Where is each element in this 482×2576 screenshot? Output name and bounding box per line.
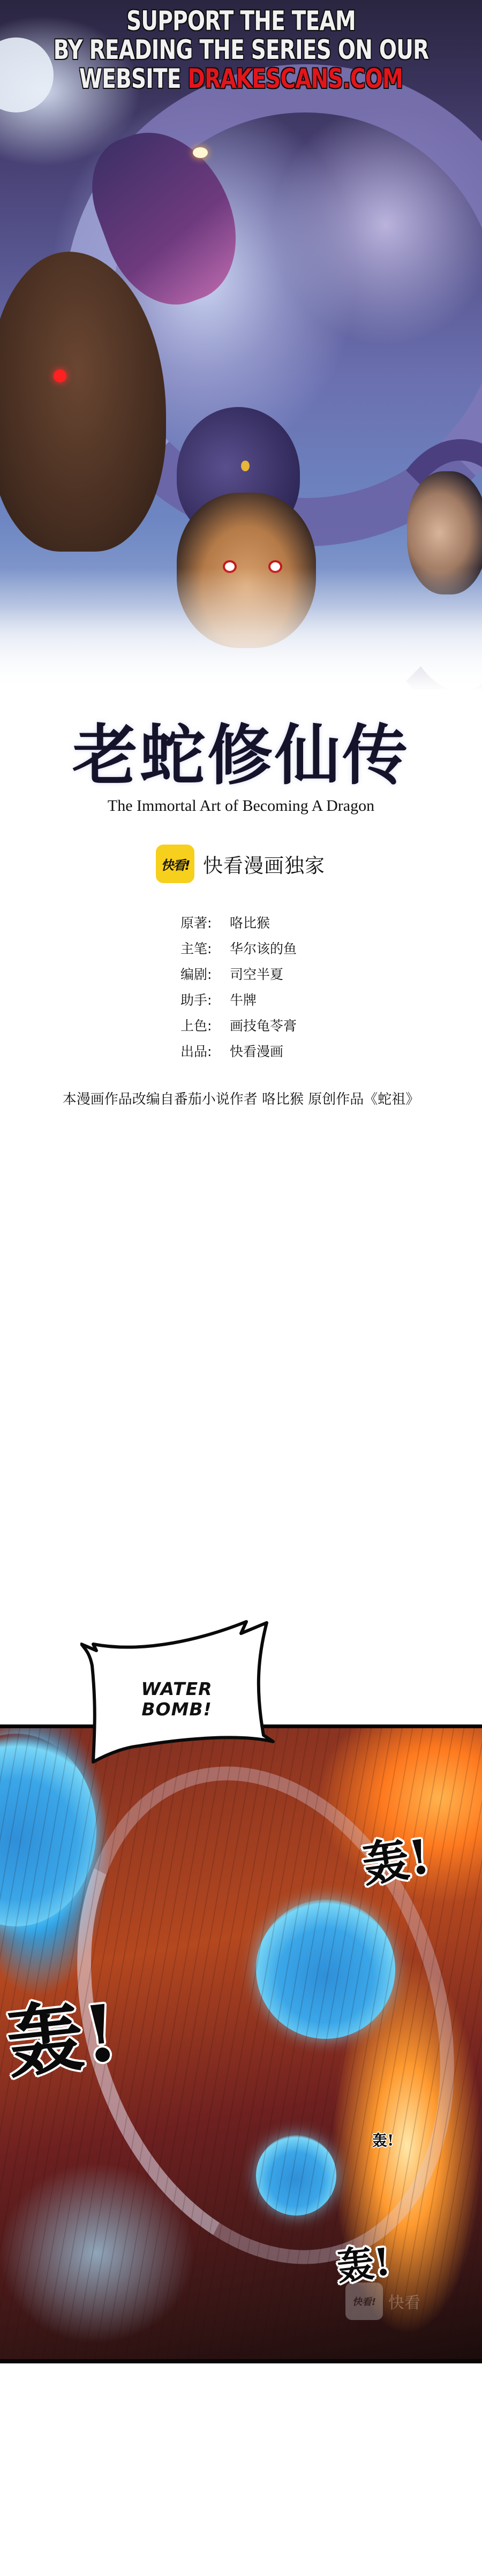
credit-role: 主笔: [180,938,228,958]
credit-role: 编剧: [180,964,228,983]
title-english: The Immortal Art of Becoming A Dragon [0,796,482,816]
promo-site-link: DRAKESCANS.COM [188,63,403,94]
credit-row-lead-artist: 主笔:华尔该的鱼 [180,935,297,961]
credit-row-color: 上色:画技龟苓膏 [180,1012,297,1038]
credit-role: 助手: [180,990,228,1009]
moon-illustration [0,37,54,112]
promo-line-1: SUPPORT THE TEAM [53,6,429,35]
screaming-man-illustration [407,471,482,594]
credit-role: 原著: [180,913,228,932]
credit-name: 牛牌 [230,990,257,1009]
wolf-red-eye-illustration [54,370,66,382]
credit-row-script: 编剧:司空半夏 [180,961,297,986]
credit-row-original: 原著:咯比猴 [180,909,297,935]
credit-name: 咯比猴 [230,913,270,932]
sound-effect-boom-3: 轰! [372,2129,394,2150]
credit-row-producer: 出品:快看漫画 [180,1038,297,1064]
adaptation-source-note: 本漫画作品改编自番茄小说作者 咯比猴 原创作品《蛇祖》 [0,1088,482,1108]
sound-effect-boom-4: 轰! [334,2232,393,2291]
snake-glowing-eye-illustration [193,147,208,158]
speech-bubble: WATER BOMB! [80,1601,284,1767]
dog-illustration [177,493,316,648]
speech-line-1: WATER [134,1679,220,1699]
brand-exclusive-label: 快看漫画独家 [203,849,325,878]
credit-name: 司空半夏 [230,964,283,983]
publisher-brand: 快看! 快看漫画独家 [156,845,325,883]
credits-list: 原著:咯比猴 主笔:华尔该的鱼 编剧:司空半夏 助手:牛牌 上色:画技龟苓膏 出… [180,909,297,1064]
sound-effect-boom-2: 轰! [0,1971,123,2093]
cover-art: SUPPORT THE TEAM BY READING THE SERIES O… [0,0,482,691]
small-snake-eye-illustration [241,461,250,471]
dog-left-eye-illustration [225,562,235,571]
kuaikan-logo-icon: 快看! [156,845,194,883]
promo-line-2: BY READING THE SERIES ON OUR [53,35,429,64]
speech-bubble-text: WATER BOMB! [134,1679,220,1720]
watermark-text: 快看 [388,2289,420,2313]
credit-name: 画技龟苓膏 [230,1015,297,1035]
title-chinese: 老蛇修仙传 [0,718,482,793]
dog-right-eye-illustration [270,562,280,571]
credit-name: 快看漫画 [230,1041,283,1060]
credit-row-assistant: 助手:牛牌 [180,986,297,1012]
promo-line-3-prefix: WEBSITE [79,63,188,94]
credit-name: 华尔该的鱼 [230,938,297,958]
promo-banner: SUPPORT THE TEAM BY READING THE SERIES O… [53,6,429,93]
speech-line-2: BOMB! [134,1699,220,1720]
credit-role: 出品: [180,1041,228,1060]
credit-role: 上色: [180,1015,228,1035]
promo-line-3: WEBSITE DRAKESCANS.COM [53,64,429,93]
sound-effect-boom-1: 轰! [357,1819,434,1895]
